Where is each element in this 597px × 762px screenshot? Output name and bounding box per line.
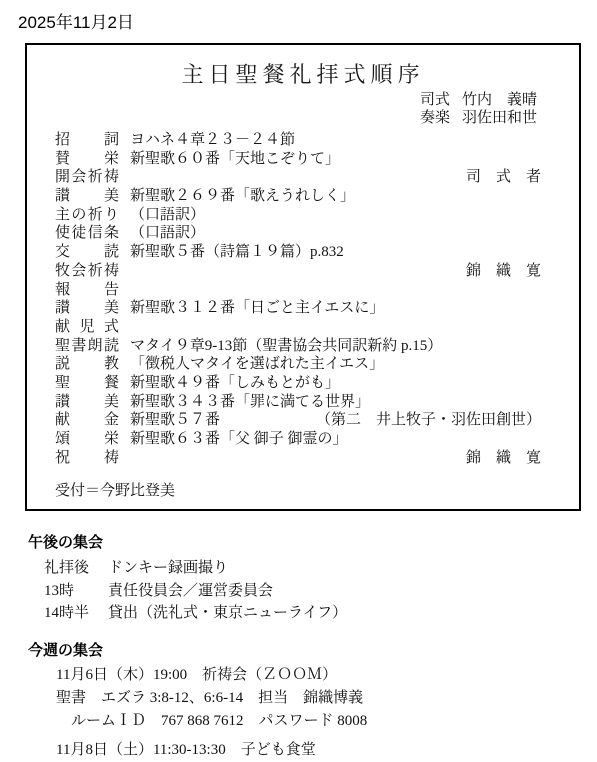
- order-row: 開会祈祷司 式 者: [55, 168, 541, 187]
- order-rows: 招詞ヨハネ４章２３－２４節 賛栄新聖歌６０番「天地こぞりて」 開会祈祷司 式 者…: [55, 131, 541, 467]
- order-label: 賛栄: [55, 150, 119, 169]
- order-row: 報告: [55, 281, 541, 300]
- order-row: 頌栄新聖歌６３番「父 御子 御霊の」: [55, 430, 541, 449]
- meeting-desc: ドンキー録画撮り: [108, 557, 228, 580]
- order-content: 新聖歌４９番「しみもとがも」: [130, 374, 541, 393]
- meeting-item: 13時責任役員会／運営委員会: [44, 580, 347, 603]
- order-label: 牧会祈祷: [55, 262, 119, 281]
- order-row: 賛栄新聖歌６０番「天地こぞりて」: [55, 150, 541, 169]
- order-right: 錦 織 寛: [466, 262, 541, 281]
- order-label: 讃美: [55, 299, 119, 318]
- order-label: 交読: [55, 243, 119, 262]
- officiant-name: 竹内 義晴: [462, 92, 537, 108]
- order-content: [130, 318, 541, 337]
- order-label: 聖書朗読: [55, 337, 119, 356]
- order-label: 讃美: [55, 187, 119, 206]
- afternoon-items: 礼拝後ドンキー録画撮り 13時責任役員会／運営委員会 14時半貸出（洗礼式・東京…: [44, 557, 347, 625]
- officiant-line: 司式竹内 義晴: [27, 92, 537, 110]
- officiant-role: 司式: [420, 92, 450, 108]
- meeting-time: 13時: [44, 580, 108, 603]
- order-row: 説教「徴税人マタイを選ばれた主イエス」: [55, 355, 541, 374]
- order-right: 司 式 者: [466, 168, 541, 187]
- week-lines: 11月6日（木）19:00 祈祷会（ＺＯＯＭ） 聖書 エズラ 3:8-12、6:…: [56, 664, 367, 762]
- organist-line: 奏楽羽佐田和世: [27, 110, 537, 128]
- order-content: 新聖歌６３番「父 御子 御霊の」: [130, 430, 541, 449]
- week-meetings-section: 今週の集会 11月6日（木）19:00 祈祷会（ＺＯＯＭ） 聖書 エズラ 3:8…: [28, 639, 367, 762]
- order-right: 錦 織 寛: [466, 449, 541, 468]
- order-row: 牧会祈祷錦 織 寛: [55, 262, 541, 281]
- order-row: 献金新聖歌５７番（第二 井上牧子・羽佐田創世）: [55, 411, 541, 430]
- order-content: 「徴税人マタイを選ばれた主イエス」: [130, 355, 541, 374]
- meeting-time: 14時半: [44, 602, 108, 625]
- order-content: [130, 281, 541, 300]
- order-label: 聖餐: [55, 374, 119, 393]
- bulletin-date: 2025年11月2日: [18, 8, 134, 33]
- presiders-block: 司式竹内 義晴 奏楽羽佐田和世: [27, 92, 537, 127]
- order-label: 説教: [55, 355, 119, 374]
- order-label: 献児式: [55, 318, 119, 337]
- order-label: 祝祷: [55, 449, 119, 468]
- church-bulletin-page: { "date": "2025年11月2日", "program": { "ti…: [0, 0, 597, 757]
- meeting-item: 礼拝後ドンキー録画撮り: [44, 557, 347, 580]
- order-content: マタイ９章9-13節（聖書協会共同訳新約 p.15）: [130, 337, 541, 356]
- order-row: 讃美新聖歌２６９番「歌えうれしく」: [55, 187, 541, 206]
- order-content: 新聖歌５７番: [130, 411, 316, 430]
- order-label: 讃美: [55, 393, 119, 412]
- meeting-item: 14時半貸出（洗礼式・東京ニューライフ）: [44, 602, 347, 625]
- order-row: 讃美新聖歌３１２番「日ごと主イエスに」: [55, 299, 541, 318]
- order-content: 新聖歌５番（詩篇１９篇）p.832: [130, 243, 541, 262]
- order-label: 招詞: [55, 131, 119, 150]
- order-row: 聖餐新聖歌４９番「しみもとがも」: [55, 374, 541, 393]
- order-content: 新聖歌３１２番「日ごと主イエスに」: [130, 299, 541, 318]
- meeting-desc: 貸出（洗礼式・東京ニューライフ）: [108, 602, 347, 625]
- week-heading: 今週の集会: [28, 639, 367, 660]
- afternoon-heading: 午後の集会: [28, 531, 347, 552]
- week-line-zoom-credentials: ルームＩＤ 767 868 7612 パスワード 8008: [71, 710, 367, 733]
- order-label: 報告: [55, 281, 119, 300]
- order-label: 使徒信条: [55, 224, 119, 243]
- order-content: [130, 168, 466, 187]
- order-content: 新聖歌２６９番「歌えうれしく」: [130, 187, 541, 206]
- organist-role: 奏楽: [420, 110, 450, 126]
- order-content: [130, 449, 466, 468]
- order-row: 聖書朗読マタイ９章9-13節（聖書協会共同訳新約 p.15）: [55, 337, 541, 356]
- order-right: （第二 井上牧子・羽佐田創世）: [316, 411, 541, 430]
- order-label: 頌栄: [55, 430, 119, 449]
- afternoon-meetings-section: 午後の集会 礼拝後ドンキー録画撮り 13時責任役員会／運営委員会 14時半貸出（…: [28, 531, 347, 625]
- organist-name: 羽佐田和世: [462, 110, 537, 126]
- order-content: 新聖歌６０番「天地こぞりて」: [130, 150, 541, 169]
- order-row: 主の祈り（口語訳）: [55, 206, 541, 225]
- meeting-time: 礼拝後: [44, 557, 108, 580]
- order-content: （口語訳）: [130, 206, 541, 225]
- order-label: 主の祈り: [55, 206, 119, 225]
- order-content: [130, 262, 466, 281]
- order-row: 献児式: [55, 318, 541, 337]
- week-line: 11月8日（土）11:30-13:30 子ども食堂: [56, 739, 367, 762]
- order-label: 献金: [55, 411, 119, 430]
- meeting-desc: 責任役員会／運営委員会: [108, 580, 273, 603]
- order-label: 開会祈祷: [55, 168, 119, 187]
- order-row: 祝祷錦 織 寛: [55, 449, 541, 468]
- order-content: 新聖歌３４３番「罪に満てる世界」: [130, 393, 541, 412]
- order-row: 使徒信条（口語訳）: [55, 224, 541, 243]
- order-content: ヨハネ４章２３－２４節: [130, 131, 541, 150]
- program-title: 主日聖餐礼拝式順序: [27, 58, 579, 89]
- order-row: 交読新聖歌５番（詩篇１９篇）p.832: [55, 243, 541, 262]
- order-row: 讃美新聖歌３４３番「罪に満てる世界」: [55, 393, 541, 412]
- reception-line: 受付＝今野比登美: [55, 479, 579, 500]
- week-line: 11月6日（木）19:00 祈祷会（ＺＯＯＭ）: [56, 664, 367, 687]
- week-line: 聖書 エズラ 3:8-12、6:6-14 担当 錦織博義: [56, 687, 367, 710]
- service-order-box: 主日聖餐礼拝式順序 司式竹内 義晴 奏楽羽佐田和世 招詞ヨハネ４章２３－２４節 …: [25, 43, 581, 511]
- order-row: 招詞ヨハネ４章２３－２４節: [55, 131, 541, 150]
- order-content: （口語訳）: [130, 224, 541, 243]
